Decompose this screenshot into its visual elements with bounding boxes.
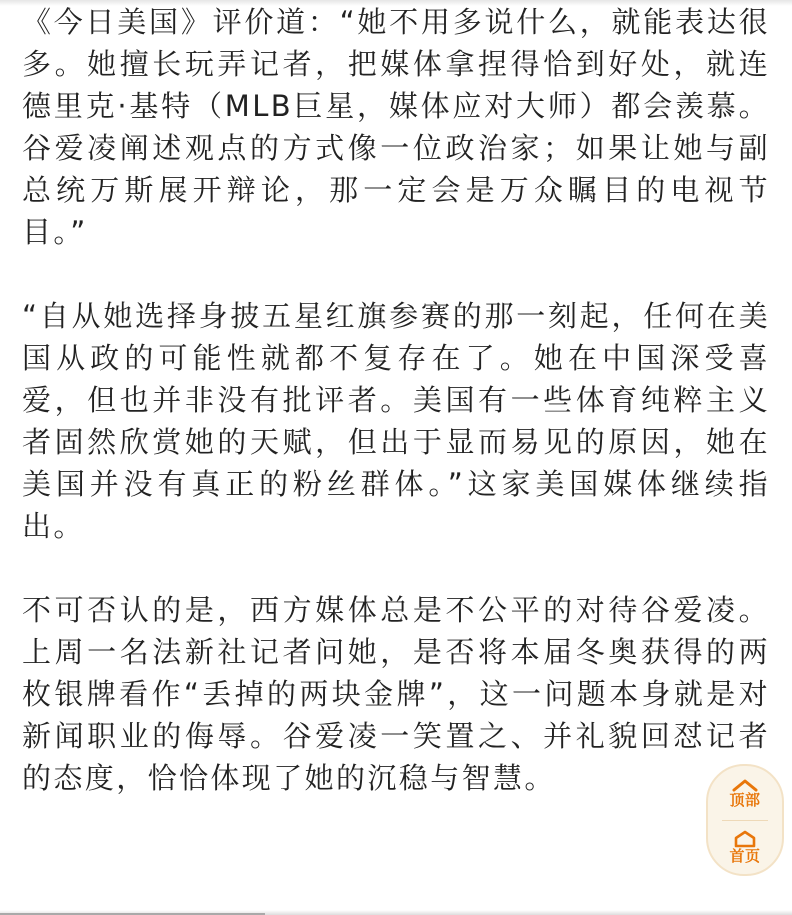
home-label: 首页	[729, 848, 760, 864]
home-button[interactable]: 首页	[708, 820, 782, 874]
floating-nav: 顶部 首页	[706, 764, 784, 876]
article-paragraph-3: 不可否认的是，西方媒体总是不公平的对待谷爱凌。上周一名法新社记者问她，是否将本届…	[22, 589, 770, 799]
back-to-top-label: 顶部	[729, 792, 760, 808]
article-paragraph-1: 《今日美国》评价道：“她不用多说什么，就能表达很多。她擅长玩弄记者，把媒体拿捏得…	[22, 0, 770, 253]
article-body: 《今日美国》评价道：“她不用多说什么，就能表达很多。她擅长玩弄记者，把媒体拿捏得…	[22, 0, 770, 799]
back-to-top-button[interactable]: 顶部	[708, 766, 782, 820]
article-paragraph-2: “自从她选择身披五星红旗参赛的那一刻起，任何在美国从政的可能性就都不复存在了。她…	[22, 295, 770, 547]
home-icon	[733, 830, 757, 848]
chevron-up-icon	[731, 778, 759, 792]
